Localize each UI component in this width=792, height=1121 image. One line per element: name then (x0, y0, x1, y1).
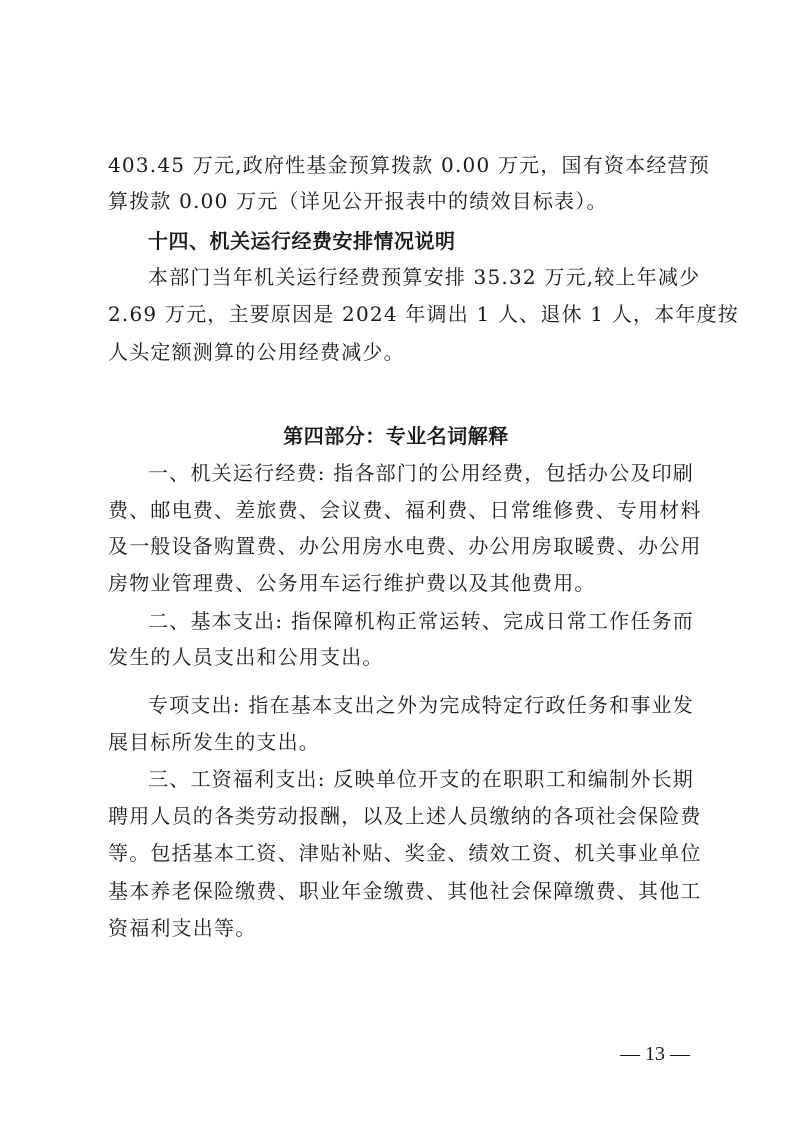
text-line: 及一般设备购置费、办公用房水电费、办公用房取暖费、办公用 (108, 534, 694, 558)
text-line: 二、基本支出: 指保障机构正常运转、完成日常工作任务而 (148, 609, 694, 633)
section-heading: 十四、机关运行经费安排情况说明 (148, 229, 694, 253)
text-line: 算拨款 0.00 万元（详见公开报表中的绩效目标表）。 (108, 189, 694, 213)
text-line: 资福利支出等。 (108, 916, 694, 940)
text-line: 本部门当年机关运行经费预算安排 35.32 万元,较上年减少 (148, 265, 694, 289)
text-line: 展目标所发生的支出。 (108, 730, 694, 754)
part-title: 第四部分：专业名词解释 (0, 424, 792, 448)
text-line: 三、工资福利支出: 反映单位开支的在职职工和编制外长期 (148, 767, 694, 791)
text-line: 等。包括基本工资、津贴补贴、奖金、绩效工资、机关事业单位 (108, 841, 694, 865)
text-line: 2.69 万元，主要原因是 2024 年调出 1 人、退休 1 人，本年度按 (108, 302, 694, 326)
text-line: 基本养老保险缴费、职业年金缴费、其他社会保障缴费、其他工 (108, 879, 694, 903)
page-number: — 13 — (600, 1043, 710, 1066)
text-line: 403.45 万元,政府性基金预算拨款 0.00 万元，国有资本经营预 (108, 153, 694, 177)
text-line: 一、机关运行经费: 指各部门的公用经费，包括办公及印刷 (148, 461, 694, 485)
text-line: 房物业管理费、公务用车运行维护费以及其他费用。 (108, 571, 694, 595)
text-line: 费、邮电费、差旅费、会议费、福利费、日常维修费、专用材料 (108, 498, 694, 522)
text-line: 发生的人员支出和公用支出。 (108, 645, 694, 669)
text-line: 聘用人员的各类劳动报酬，以及上述人员缴纳的各项社会保险费 (108, 804, 694, 828)
text-line: 人头定额测算的公用经费减少。 (108, 340, 694, 364)
document-page: 403.45 万元,政府性基金预算拨款 0.00 万元，国有资本经营预 算拨款 … (0, 0, 792, 1121)
text-line: 专项支出: 指在基本支出之外为完成特定行政任务和事业发 (148, 693, 694, 717)
